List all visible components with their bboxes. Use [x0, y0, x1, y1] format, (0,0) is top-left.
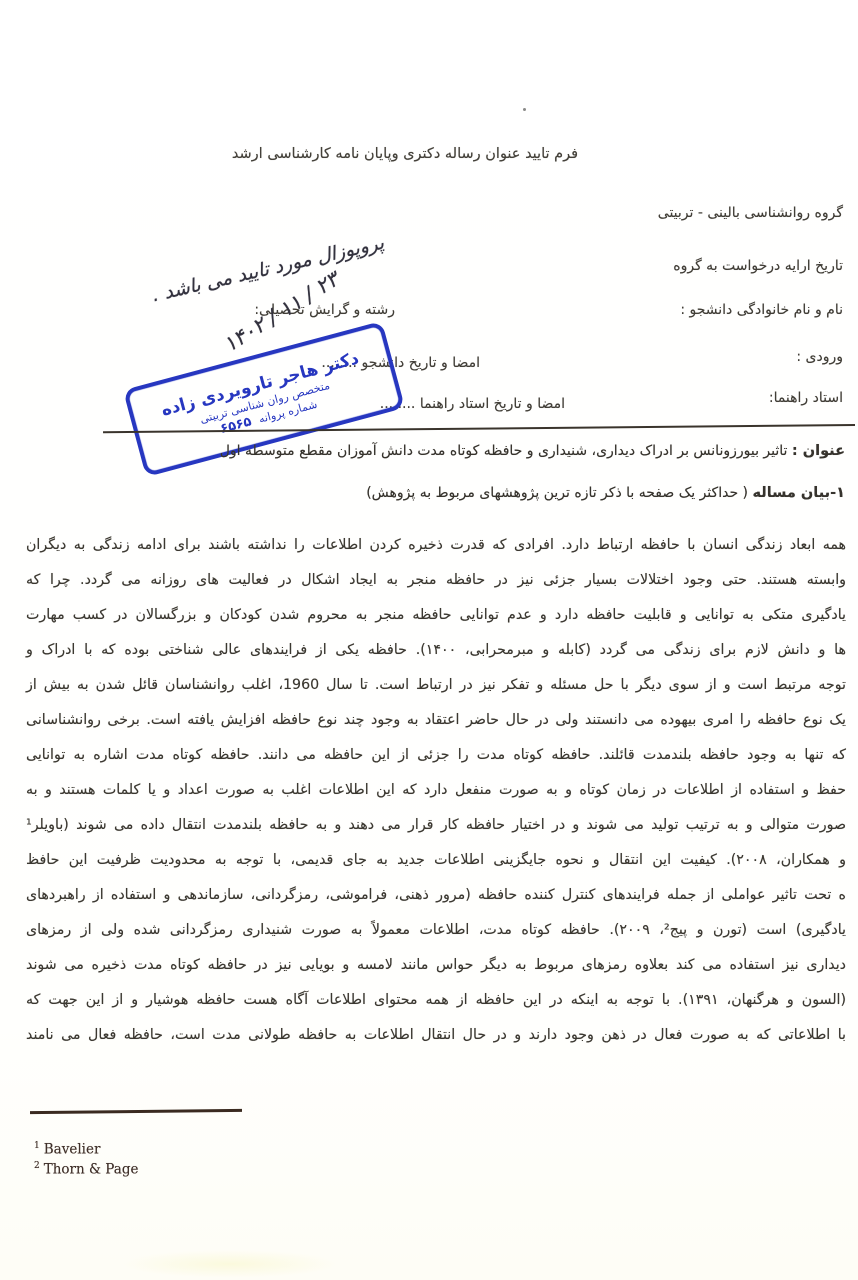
footnotes: 1Bavelier 2Thorn & Page: [34, 1136, 138, 1176]
body-line: ه تحت تاثیر عواملی از جمله فرایندهای کنت…: [26, 878, 846, 913]
body-line: صورت متوالی و به ترتیب تولید می شوند و د…: [26, 808, 846, 843]
scan-smudge: [120, 1250, 340, 1278]
body-line: یادگیری متکی به توانایی و قابلیت حافظه د…: [26, 598, 846, 633]
field-label-supervisor: استاد راهنما:: [769, 390, 843, 406]
handwritten-approval-note: پروپوزال مورد تایید می باشد .: [129, 227, 407, 311]
body-line: وابسته هستند. حتی وجود اختلالات بسیار جز…: [26, 563, 846, 598]
form-title: فرم تایید عنوان رساله دکتری وپایان نامه …: [180, 146, 630, 162]
body-line: همه ابعاد زندگی انسان با حافظه ارتباط دا…: [26, 528, 846, 563]
thesis-title-label: عنوان :: [792, 443, 845, 459]
footnote-item: 2Thorn & Page: [34, 1156, 138, 1176]
scan-speck: [523, 108, 526, 111]
body-line: توجه مرتبط است و از سوی دیگر با حل مسئله…: [26, 668, 846, 703]
body-line: و همکاران، ۲۰۰۸). کیفیت این انتقال و نحو…: [26, 843, 846, 878]
body-line: یادگیری) است (تورن و پیج²، ۲۰۰۹). حافظه …: [26, 913, 846, 948]
field-label-student-name: نام و نام خانوادگی دانشجو :: [680, 302, 843, 318]
scanned-form-page: فرم تایید عنوان رساله دکتری وپایان نامه …: [0, 0, 858, 1280]
footnote-text: Thorn & Page: [44, 1162, 139, 1178]
footnote-marker: 1: [34, 1141, 40, 1151]
body-line: با اطلاعاتی که به صورت فعال در ذهن وجود …: [26, 1018, 846, 1053]
body-line: حفظ و استفاده از اطلاعات در زمان کوتاه و…: [26, 773, 846, 808]
problem-heading-label: ۱-بیان مساله: [752, 485, 845, 501]
field-label-supervisor-signature: امضا و تاریخ استاد راهنما ........: [380, 396, 565, 412]
problem-statement-body: همه ابعاد زندگی انسان با حافظه ارتباط دا…: [26, 528, 846, 1053]
field-label-request-date: تاریخ ارایه درخواست به گروه: [673, 258, 843, 274]
footnote-item: 1Bavelier: [34, 1136, 138, 1156]
body-line: (السون و هرگنهان، ۱۳۹۱). با توجه به اینک…: [26, 983, 846, 1018]
field-label-entry-year: ورودی :: [796, 349, 843, 365]
problem-statement-heading: ۱-بیان مساله ( حداکثر یک صفحه با ذکر تاز…: [10, 485, 845, 501]
problem-heading-note: ( حداکثر یک صفحه با ذکر تازه ترین پژوهشه…: [366, 485, 752, 501]
footnote-separator-line: [30, 1109, 242, 1114]
body-line: که تنها به وجود حافظه بلندمدت قائلند. حا…: [26, 738, 846, 773]
thesis-title-text: تاثیر بیورزونانس بر ادراک دیداری، شنیدار…: [220, 443, 792, 459]
thesis-title-line: عنوان : تاثیر بیورزونانس بر ادراک دیداری…: [10, 443, 845, 459]
footnote-marker: 2: [34, 1161, 40, 1171]
field-label-department-group: گروه روانشناسی بالینی - تربیتی: [658, 205, 843, 221]
body-line: ها و دانش لازم برای زندگی می گردد (کابله…: [26, 633, 846, 668]
body-line: دیداری نیز استفاده می کند بعلاوه رمزهای …: [26, 948, 846, 983]
body-line: یک نوع حافظه را امری بیهوده می دانستند و…: [26, 703, 846, 738]
